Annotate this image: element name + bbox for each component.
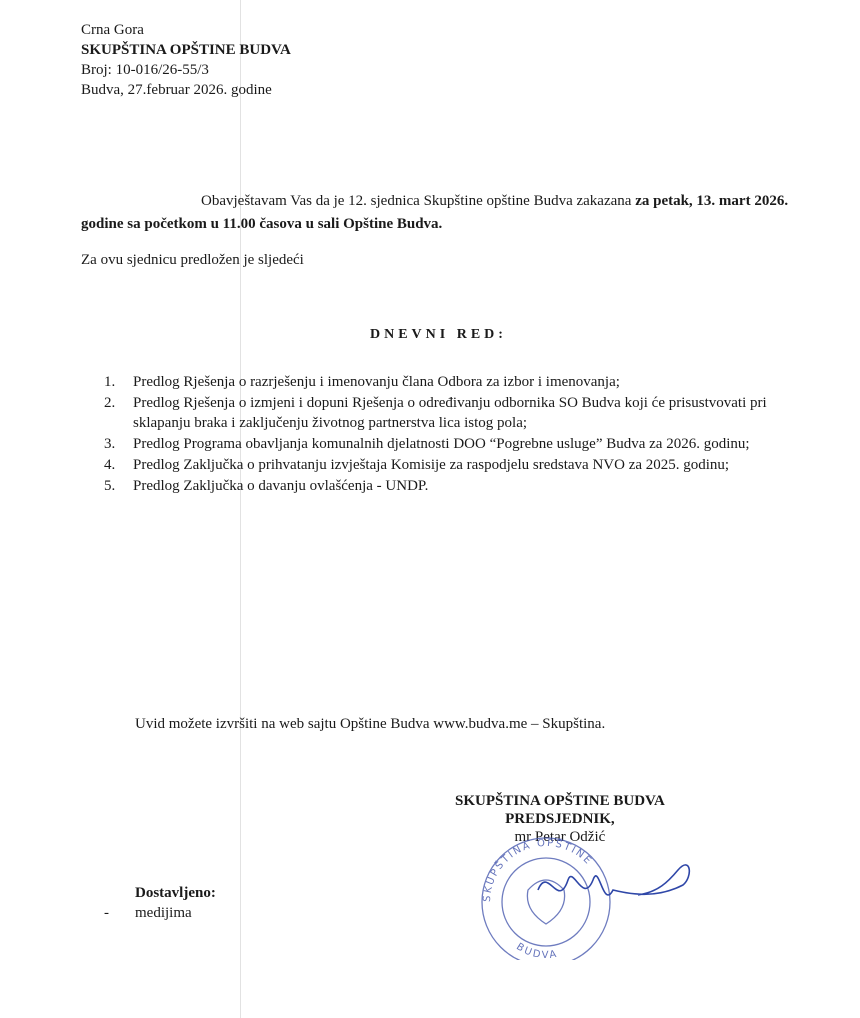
- intro-paragraph: Obavještavam Vas da je 12. sjednica Skup…: [81, 190, 811, 236]
- svg-text:SKUPŠTINA OPŠTINE: SKUPŠTINA OPŠTINE: [482, 837, 594, 902]
- page-fold-line: [240, 0, 241, 1018]
- svg-text:BUDVA: BUDVA: [514, 941, 559, 960]
- intro-text: Obavještavam Vas da je 12. sjednica Skup…: [201, 193, 635, 209]
- website-note: Uvid možete izvršiti na web sajtu Opštin…: [135, 716, 605, 733]
- document-header: Crna Gora SKUPŠTINA OPŠTINE BUDVA Broj: …: [81, 20, 291, 100]
- delivery-recipient: medijima: [135, 905, 192, 922]
- agenda-item: 2.Predlog Rješenja o izmjeni i dopuni Rj…: [104, 393, 804, 433]
- lead-text: Za ovu sjednicu predložen je sljedeći: [81, 252, 304, 269]
- official-stamp-icon: SKUPŠTINA OPŠTINE BUDVA: [478, 830, 718, 960]
- agenda-item: 3.Predlog Programa obavljanja komunalnih…: [104, 434, 804, 454]
- signature-institution: SKUPŠTINA OPŠTINE BUDVA: [455, 792, 665, 810]
- agenda-list: 1.Predlog Rješenja o razrješenju i imeno…: [104, 372, 804, 497]
- institution-name: SKUPŠTINA OPŠTINE BUDVA: [81, 40, 291, 60]
- delivery-bullet: -: [104, 905, 109, 922]
- country: Crna Gora: [81, 20, 291, 40]
- agenda-item: 1.Predlog Rješenja o razrješenju i imeno…: [104, 372, 804, 392]
- delivery-label: Dostavljeno:: [135, 885, 216, 902]
- reference-number: Broj: 10-016/26-55/3: [81, 60, 291, 80]
- agenda-item: 4.Predlog Zaključka o prihvatanju izvješ…: [104, 455, 804, 475]
- signature-role: PREDSJEDNIK,: [455, 810, 665, 828]
- place-date: Budva, 27.februar 2026. godine: [81, 80, 291, 100]
- agenda-item: 5.Predlog Zaključka o davanju ovlašćenja…: [104, 476, 804, 496]
- agenda-title: DNEVNI RED:: [370, 327, 507, 343]
